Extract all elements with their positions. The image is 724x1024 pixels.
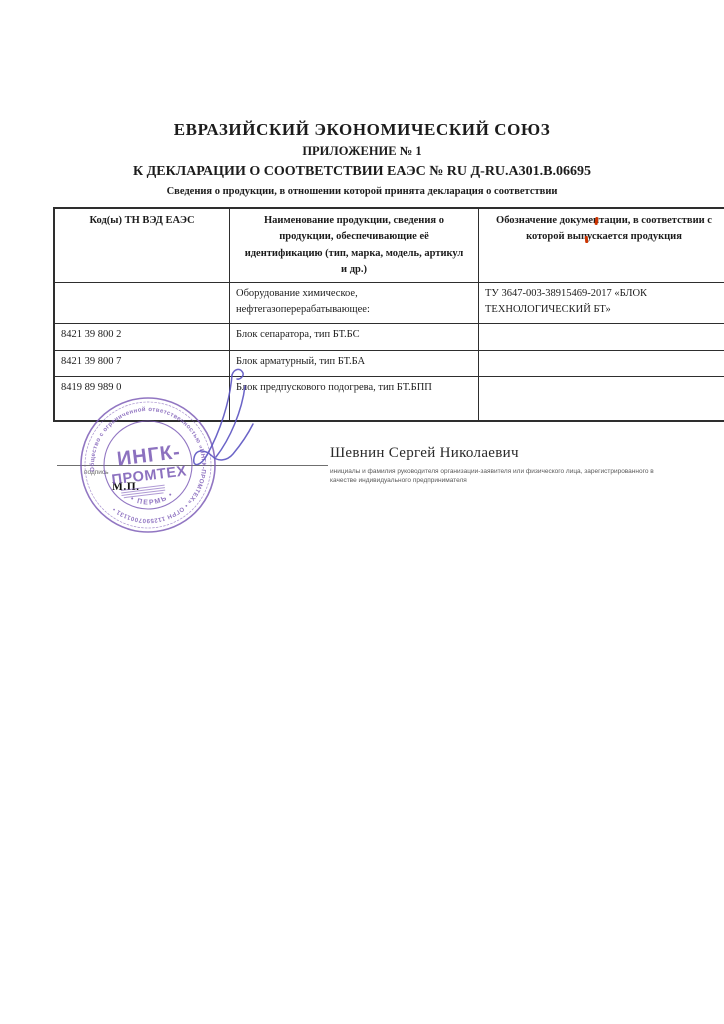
stamp-city-text: • ПЕРМЬ • <box>129 490 176 509</box>
doc-cell: ТУ 3647-003-38915469-2017 «БЛОК ТЕХНОЛОГ… <box>479 283 724 324</box>
signer-name: Шевнин Сергей Николаевич <box>330 445 519 462</box>
document-header: ЕВРАЗИЙСКИЙ ЭКОНОМИЧЕСКИЙ СОЮЗ ПРИЛОЖЕНИ… <box>0 120 724 199</box>
products-table: Код(ы) ТН ВЭД ЕАЭС Наименование продукци… <box>53 207 724 422</box>
table-row: 8421 39 800 2 Блок сепаратора, тип БТ.БС <box>54 324 724 351</box>
union-title: ЕВРАЗИЙСКИЙ ЭКОНОМИЧЕСКИЙ СОЮЗ <box>0 120 724 140</box>
name-cell: Блок сепаратора, тип БТ.БС <box>230 324 479 351</box>
declaration-number-title: К ДЕКЛАРАЦИИ О СООТВЕТСТВИИ ЕАЭС № RU Д-… <box>0 164 724 181</box>
table-row: 8419 89 989 0 Блок предпускового подогре… <box>54 377 724 422</box>
stamp-center-line1: ИНГК- <box>116 441 182 471</box>
svg-text:• ПЕРМЬ •: • ПЕРМЬ • <box>129 490 176 509</box>
subtitle: Сведения о продукции, в отношении которо… <box>0 186 724 199</box>
code-cell <box>54 283 230 324</box>
appendix-title: ПРИЛОЖЕНИЕ № 1 <box>0 144 724 159</box>
code-cell: 8419 89 989 0 <box>54 377 230 422</box>
name-cell: Блок арматурный, тип БТ.БА <box>230 351 479 377</box>
header-cell-code: Код(ы) ТН ВЭД ЕАЭС <box>54 208 230 283</box>
scan-artifact-red-2 <box>585 236 589 243</box>
signer-caption: инициалы и фамилия руководителя организа… <box>330 467 675 485</box>
name-cell: Оборудование химическое, нефтегазоперера… <box>230 283 479 324</box>
code-cell: 8421 39 800 2 <box>54 324 230 351</box>
signature-line-label: подпись <box>84 469 109 476</box>
table-header-row: Код(ы) ТН ВЭД ЕАЭС Наименование продукци… <box>54 208 724 283</box>
signature-line <box>57 465 328 466</box>
name-cell: Блок предпускового подогрева, тип БТ.БПП <box>230 377 479 422</box>
doc-cell <box>479 324 724 351</box>
doc-cell <box>479 377 724 422</box>
header-cell-name: Наименование продукции, сведения о проду… <box>230 208 479 283</box>
header-cell-doc: Обозначение документации, в соответствии… <box>479 208 724 283</box>
table-row: 8421 39 800 7 Блок арматурный, тип БТ.БА <box>54 351 724 377</box>
scanned-declaration-page: ЕВРАЗИЙСКИЙ ЭКОНОМИЧЕСКИЙ СОЮЗ ПРИЛОЖЕНИ… <box>0 0 724 1024</box>
table-row: Оборудование химическое, нефтегазоперера… <box>54 283 724 324</box>
doc-cell <box>479 351 724 377</box>
seal-place-label: М.П. <box>112 481 140 493</box>
code-cell: 8421 39 800 7 <box>54 351 230 377</box>
